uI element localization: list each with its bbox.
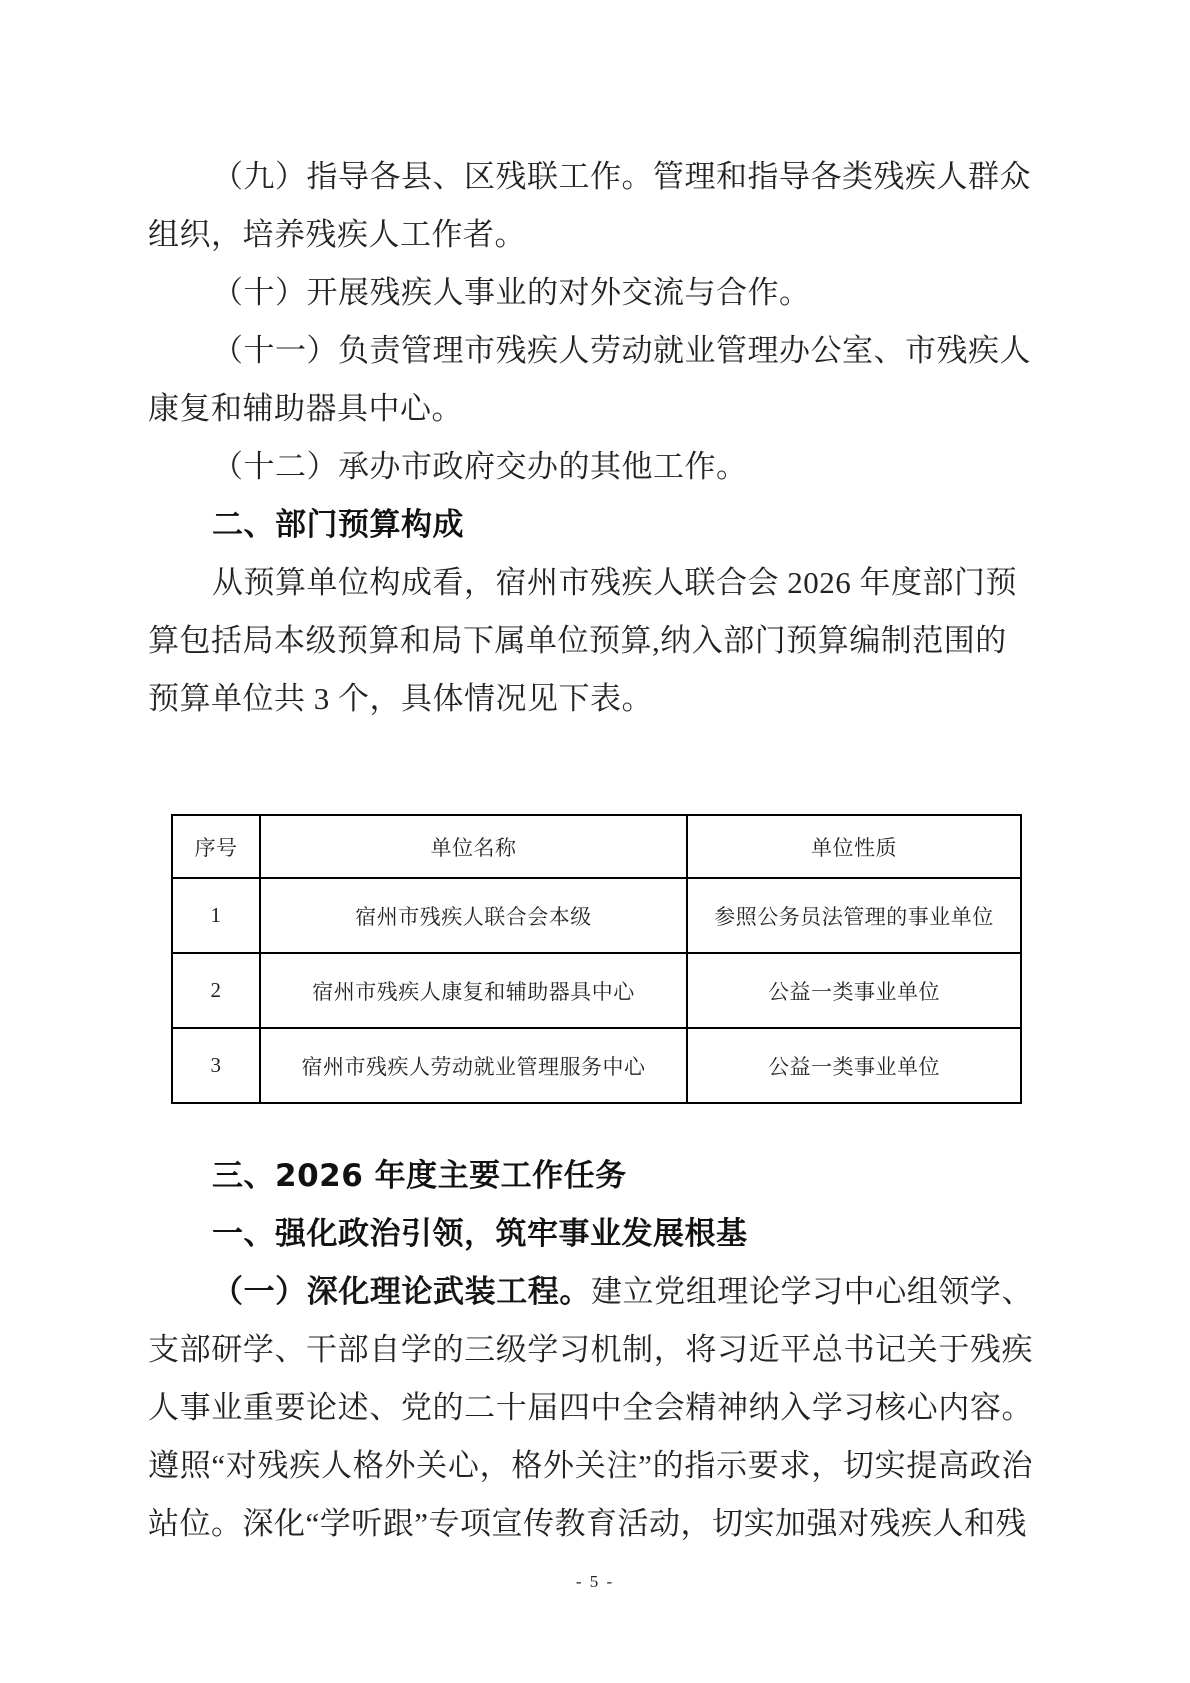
table-header-unit-name: 单位名称 — [260, 815, 687, 878]
paragraph-task-one-body: 建立党组理论学习中心组领学、支部研学、干部自学的三级学习机制，将习近平总书记关于… — [148, 1274, 1033, 1541]
table-cell-index: 1 — [172, 878, 260, 953]
section-heading-main-tasks: 三、2026 年度主要工作任务 — [148, 1147, 1033, 1205]
document-page: （九）指导各县、区残联工作。管理和指导各类残疾人群众 组织，培养残疾人工作者。 … — [0, 0, 1190, 1683]
table-cell-unit-name: 宿州市残疾人康复和辅助器具中心 — [260, 953, 687, 1028]
paragraph-item-10: （十）开展残疾人事业的对外交流与合作。 — [148, 264, 1033, 322]
table-cell-unit-name: 宿州市残疾人联合会本级 — [260, 878, 687, 953]
paragraph-item-9: （九）指导各县、区残联工作。管理和指导各类残疾人群众 组织，培养残疾人工作者。 — [148, 148, 1033, 264]
table-row: 1 宿州市残疾人联合会本级 参照公务员法管理的事业单位 — [172, 878, 1021, 953]
table-row: 3 宿州市残疾人劳动就业管理服务中心 公益一类事业单位 — [172, 1028, 1021, 1103]
paragraph-task-one-lead: （一）深化理论武装工程。 — [212, 1274, 591, 1309]
table-row: 2 宿州市残疾人康复和辅助器具中心 公益一类事业单位 — [172, 953, 1021, 1028]
budget-units-table: 序号 单位名称 单位性质 1 宿州市残疾人联合会本级 参照公务员法管理的事业单位… — [171, 814, 1022, 1104]
table-cell-unit-name: 宿州市残疾人劳动就业管理服务中心 — [260, 1028, 687, 1103]
table-cell-index: 3 — [172, 1028, 260, 1103]
table-header-row: 序号 单位名称 单位性质 — [172, 815, 1021, 878]
table-header-unit-type: 单位性质 — [687, 815, 1021, 878]
page-number: - 5 - — [0, 1572, 1190, 1592]
section-heading-budget-composition: 二、部门预算构成 — [148, 496, 1033, 554]
table-header-index: 序号 — [172, 815, 260, 878]
table-cell-unit-type: 公益一类事业单位 — [687, 1028, 1021, 1103]
paragraph-budget-overview: 从预算单位构成看，宿州市残疾人联合会 2026 年度部门预 算包括局本级预算和局… — [148, 554, 1033, 728]
document-body: （九）指导各县、区残联工作。管理和指导各类残疾人群众 组织，培养残疾人工作者。 … — [148, 148, 1033, 1553]
paragraph-item-11: （十一）负责管理市残疾人劳动就业管理办公室、市残疾人 康复和辅助器具中心。 — [148, 322, 1033, 438]
section-heading-political-guidance: 一、强化政治引领，筑牢事业发展根基 — [148, 1205, 1033, 1263]
table-cell-index: 2 — [172, 953, 260, 1028]
table-cell-unit-type: 公益一类事业单位 — [687, 953, 1021, 1028]
paragraph-item-12: （十二）承办市政府交办的其他工作。 — [148, 438, 1033, 496]
paragraph-task-one: （一）深化理论武装工程。建立党组理论学习中心组领学、支部研学、干部自学的三级学习… — [148, 1263, 1033, 1553]
table-cell-unit-type: 参照公务员法管理的事业单位 — [687, 878, 1021, 953]
